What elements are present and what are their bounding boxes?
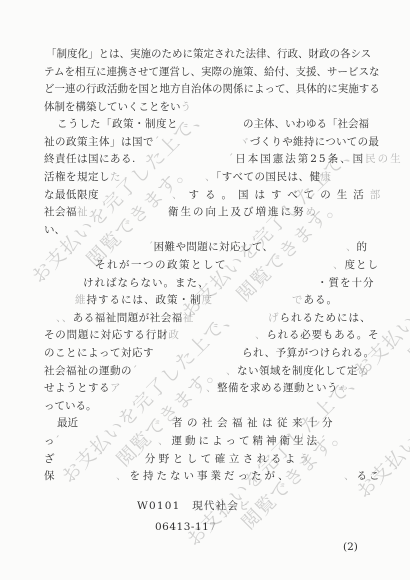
text-segment: 終責任は国にある. xyxy=(44,153,136,166)
text-segment: ければならない。また、 xyxy=(83,277,210,290)
text-segment: 維持するには、政策・制度 xyxy=(75,294,213,307)
text-segment: 社会福祉の運動の´ xyxy=(44,365,138,378)
text-segment: の主体、いわゆる「社会福 xyxy=(243,118,369,131)
text-segment: ど一連の行政活動を国と地方自治体の関係によって、具体的に実施する xyxy=(44,83,380,96)
text-segment: ´困難や問題に対応して、 xyxy=(148,241,273,254)
text-segment: 活権を規定した xyxy=(44,171,121,184)
text-segment: 「制度化」とは、実施のために策定された法律、行政、財政の各シス xyxy=(46,48,371,61)
text-segment: な最低限度 xyxy=(44,189,99,202)
text-segment: 、度とし xyxy=(333,259,379,272)
text-segment: 、「すべての国民は、健康 xyxy=(205,171,332,184)
text-segment: テムを相互に連携させて運営し、実際の施策、給付、支援、サービスな xyxy=(44,66,379,79)
text-segment: 者の社会福祉は従来十分 xyxy=(172,417,337,430)
text-segment: 、的 xyxy=(346,241,367,254)
text-segment: その問題に対応する行財政 xyxy=(44,329,180,342)
text-segment: W0101 現代社会ビ xyxy=(137,500,251,513)
text-segment: 、運動によって精神衛生法´ xyxy=(158,435,328,448)
text-segment: 06413-117 xyxy=(155,521,217,534)
text-segment: 、ない領域を制度化して定め xyxy=(226,365,369,378)
text-segment: (2) xyxy=(343,541,358,554)
text-segment: 、整備を求める運動というゃ xyxy=(206,382,349,395)
text-segment: ´分野として確立されるよう xyxy=(136,453,313,466)
text-segment: 体制を構築していくことをいう xyxy=(44,101,191,114)
text-segment: っ´ xyxy=(44,435,60,448)
text-segment: ざ xyxy=(44,453,55,466)
text-segment: られ、予算がつけられる。 xyxy=(242,347,375,360)
text-segment: それが一つの政策として xyxy=(95,259,227,272)
text-segment: 、るこ xyxy=(344,470,382,483)
document-page: お支払いを完了した上で、閲覧できます。お支払いを完了した上で、閲覧できます。お支… xyxy=(0,0,410,580)
text-segment: 、、ある福祉問題が社会福祉 xyxy=(56,312,194,325)
text-segment: こうした「政策・制度と xyxy=(57,118,178,131)
text-segment: ´日本国憲法第25条、国民の生 xyxy=(228,153,403,166)
text-segment: 保 xyxy=(44,470,55,483)
text-segment: 、を持たない事業だったが、 xyxy=(116,470,292,483)
text-segment: げられるためには、 xyxy=(268,312,372,325)
text-segment: 社会福祉 xyxy=(44,206,88,219)
text-segment: い、 xyxy=(44,224,65,237)
text-segment: のことによって対応す xyxy=(44,347,154,360)
document-text-layer: 「制度化」とは、実施のために策定された法律、行政、財政の各システムを相互に連携さ… xyxy=(0,0,410,580)
text-segment: 、られる必要もある。そ xyxy=(255,329,379,342)
text-segment: ・質を十分 xyxy=(317,277,375,290)
text-segment: である。 xyxy=(292,294,338,307)
text-segment: っている。 xyxy=(44,400,97,413)
text-segment: 最近 xyxy=(57,417,78,430)
text-segment: 、する。国はすべての生活部 xyxy=(172,189,386,202)
text-segment: 祉の政策主体」は国で´ xyxy=(44,136,160,149)
text-segment: 衛生の向上及び増進に努め xyxy=(168,206,318,219)
text-segment: ヾづくりや維持についての最 xyxy=(239,136,379,149)
text-segment: せようとするア xyxy=(44,382,121,395)
